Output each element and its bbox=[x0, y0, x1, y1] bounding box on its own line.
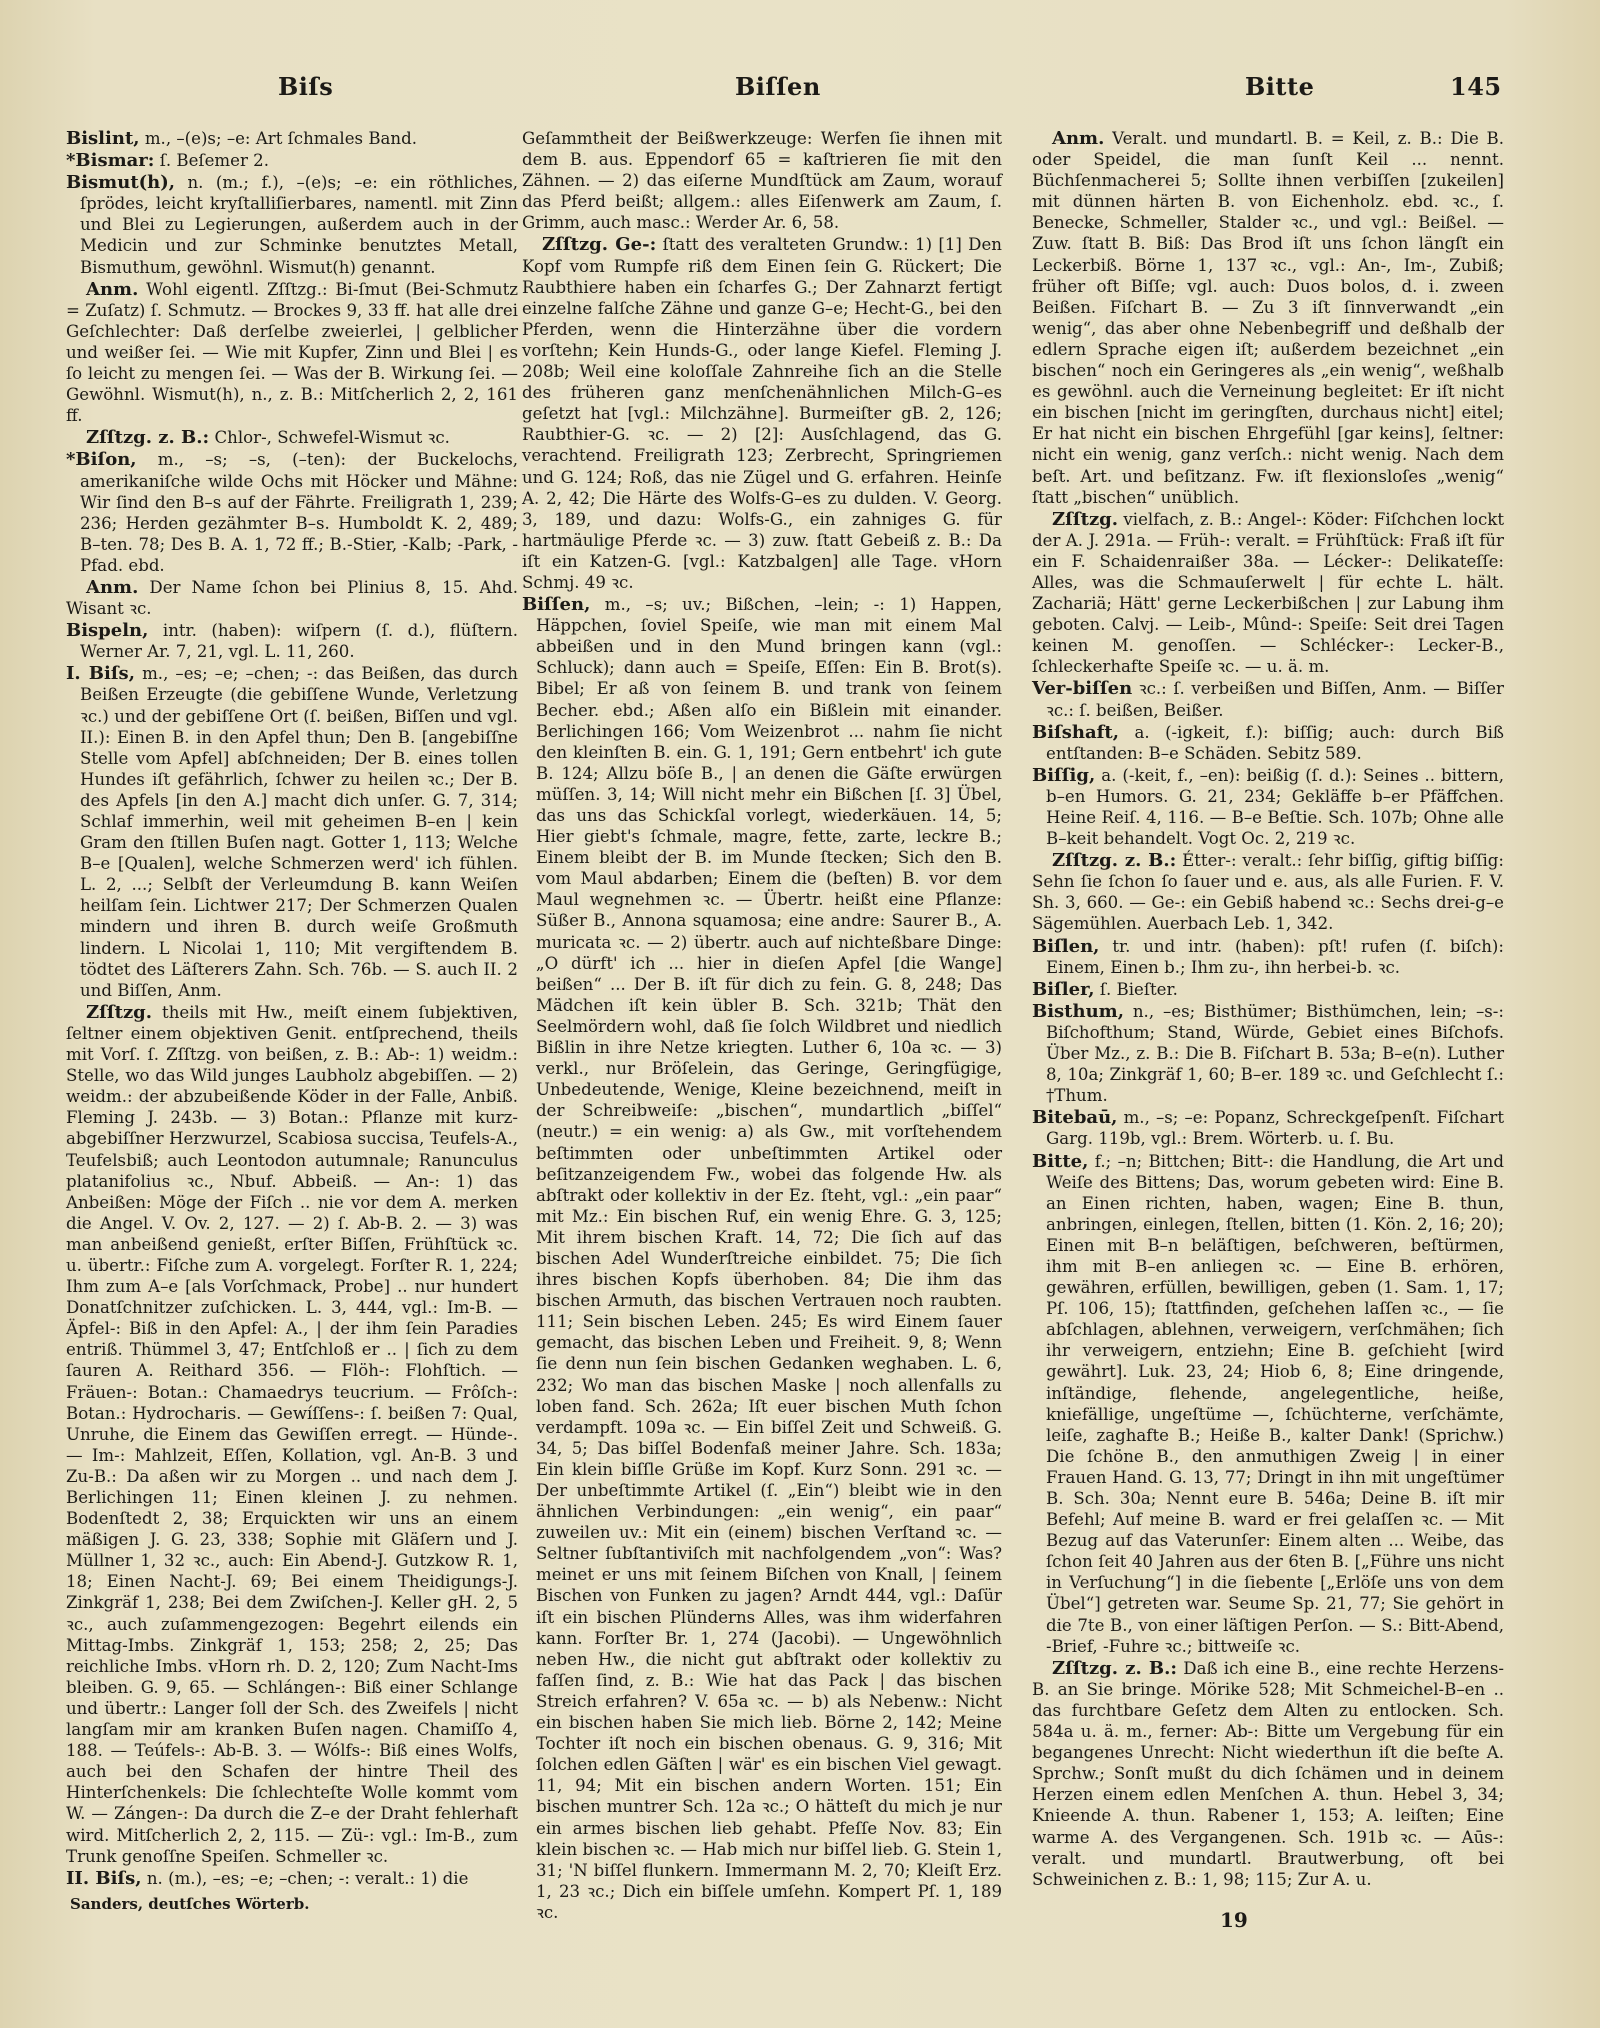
entry-definition: a. (-keit, f., –en): beißig (ſ. d.): Sei… bbox=[1046, 766, 1504, 848]
entry-headword: Biſlen, bbox=[1032, 936, 1099, 957]
entry-headword: *Biſon, bbox=[66, 449, 137, 470]
text-column-right: Anm. Veralt. und mundartl. B. = Keil, z.… bbox=[1032, 128, 1504, 1891]
dictionary-entry: Biſshaft, a. (-igkeit, f.): biſſig; auch… bbox=[1032, 722, 1504, 764]
dictionary-entry: Anm. Veralt. und mundartl. B. = Keil, z.… bbox=[1032, 128, 1504, 508]
dictionary-entry: Biſſen, m., –s; uv.; Bißchen, –lein; -: … bbox=[522, 594, 1002, 1923]
dictionary-entry: *Bismar: ſ. Beſemer 2. bbox=[66, 150, 518, 171]
dictionary-entry: Zſſtzg. z. B.: Chlor-, Schwefel-Wismut ꝛ… bbox=[66, 427, 518, 448]
entry-headword: Bisthum, bbox=[1032, 1001, 1124, 1022]
dictionary-entry: Biſler, ſ. Bieſter. bbox=[1032, 979, 1504, 1000]
entry-headword: Biſshaft, bbox=[1032, 722, 1119, 743]
dictionary-entry: Zſſtzg. z. B.: Daß ich eine B., eine rec… bbox=[1032, 1658, 1504, 1890]
entry-headword: Anm. bbox=[1052, 128, 1104, 149]
entry-headword: Anm. bbox=[86, 279, 138, 300]
entry-definition: m., –es; –e; –chen; -: das Beißen, das d… bbox=[80, 664, 518, 999]
entry-definition: m., –(e)s; –e: Art ſchmales Band. bbox=[145, 129, 417, 148]
entry-headword: Anm. bbox=[86, 577, 138, 598]
dictionary-entry: Bispeln, intr. (haben): wiſpern (ſ. d.),… bbox=[66, 620, 518, 662]
dictionary-entry: Bislint, m., –(e)s; –e: Art ſchmales Ban… bbox=[66, 128, 518, 149]
dictionary-entry: Anm. Der Name ſchon bei Plinius 8, 15. A… bbox=[66, 577, 518, 619]
dictionary-entry: Ver-biſſen ꝛc.: ſ. verbeißen und Biſſen,… bbox=[1032, 678, 1504, 720]
dictionary-entry: Zſſtzg. z. B.: Étter-: veralt.: ſehr biſ… bbox=[1032, 850, 1504, 934]
entry-headword: Biſler, bbox=[1032, 979, 1095, 1000]
dictionary-entry: Bitte, f.; –n; Bittchen; Bitt-: die Hand… bbox=[1032, 1151, 1504, 1657]
dictionary-entry: II. Biſs, n. (m.), –es; –e; –chen; -: ve… bbox=[66, 1868, 518, 1889]
entry-headword: Zſſtzg. z. B.: bbox=[1052, 1658, 1177, 1679]
header-keyword-center: Biſſen bbox=[735, 72, 821, 101]
entry-headword: Biſſig, bbox=[1032, 765, 1095, 786]
entry-headword: Bitte, bbox=[1032, 1151, 1088, 1172]
entry-headword: Zſſtzg. z. B.: bbox=[1052, 850, 1176, 871]
page-number: 145 bbox=[1450, 72, 1502, 101]
dictionary-entry: I. Biſs, m., –es; –e; –chen; -: das Beiß… bbox=[66, 663, 518, 1001]
entry-definition: f.; –n; Bittchen; Bitt-: die Handlung, d… bbox=[1046, 1152, 1504, 1656]
printer-signature: 19 bbox=[1220, 1908, 1248, 1932]
entry-headword: II. Biſs, bbox=[66, 1868, 142, 1889]
dictionary-entry: *Biſon, m., –s; –s, (–ten): der Buckeloc… bbox=[66, 449, 518, 576]
entry-headword: Zſſtzg. z. B.: bbox=[86, 427, 209, 448]
header-keyword-left: Biſs bbox=[278, 72, 333, 101]
entry-definition: tr. und intr. (haben): pſt! rufen (ſ. bi… bbox=[1046, 937, 1504, 977]
entry-definition: Daß ich eine B., eine rechte Herzens-B. … bbox=[1032, 1659, 1504, 1889]
entry-definition: m., –s; uv.; Bißchen, –lein; -: 1) Happe… bbox=[536, 595, 1002, 1922]
entry-definition: ſtatt des veralteten Grundw.: 1) [1] Den… bbox=[522, 235, 1002, 592]
entry-definition: vielfach, z. B.: Angel-: Köder: Fiſchche… bbox=[1032, 510, 1504, 677]
dictionary-entry: Zſſtzg. vielfach, z. B.: Angel-: Köder: … bbox=[1032, 509, 1504, 678]
entry-definition: theils mit Hw., meiſt einem ſubjektiven,… bbox=[66, 1003, 518, 1866]
entry-definition: m., –s; –s, (–ten): der Buckelochs, amer… bbox=[80, 450, 518, 574]
text-column-center: Geſammtheit der Beißwerkzeuge: Werfen ſi… bbox=[522, 128, 1002, 1924]
entry-definition: ſ. Beſemer 2. bbox=[160, 151, 269, 170]
dictionary-entry: Zſſtzg. Ge-: ſtatt des veralteten Grundw… bbox=[522, 234, 1002, 593]
entry-headword: Bitebaū, bbox=[1032, 1107, 1117, 1128]
dictionary-entry: Bitebaū, m., –s; –e: Popanz, Schreckgeſp… bbox=[1032, 1107, 1504, 1149]
entry-headword: Bispeln, bbox=[66, 620, 148, 641]
entry-definition: Chlor-, Schwefel-Wismut ꝛc. bbox=[214, 428, 450, 447]
entry-headword: Zſſtzg. bbox=[1052, 509, 1118, 530]
publisher-footer: Sanders, deutſches Wörterb. bbox=[70, 1895, 309, 1913]
dictionary-entry: Bismut(h), n. (m.; f.), –(e)s; –e: ein r… bbox=[66, 172, 518, 277]
entry-definition: n. (m.), –es; –e; –chen; -: veralt.: 1) … bbox=[147, 1869, 469, 1888]
entry-headword: Bismut(h), bbox=[66, 172, 175, 193]
entry-headword: Zſſtzg. bbox=[86, 1002, 152, 1023]
entry-definition: Veralt. und mundartl. B. = Keil, z. B.: … bbox=[1032, 129, 1504, 507]
text-column-left: Bislint, m., –(e)s; –e: Art ſchmales Ban… bbox=[66, 128, 518, 1890]
entry-definition: Geſammtheit der Beißwerkzeuge: Werfen ſi… bbox=[522, 129, 1002, 232]
entry-definition: Wohl eigentl. Zſſtzg.: Bi-ſmut (Bei-Schm… bbox=[66, 280, 518, 426]
dictionary-entry: Geſammtheit der Beißwerkzeuge: Werfen ſi… bbox=[522, 128, 1002, 233]
entry-headword: *Bismar: bbox=[66, 150, 154, 171]
dictionary-entry: Anm. Wohl eigentl. Zſſtzg.: Bi-ſmut (Bei… bbox=[66, 279, 518, 427]
header-keyword-right: Bitte bbox=[1245, 72, 1314, 101]
entry-headword: Biſſen, bbox=[522, 594, 590, 615]
dictionary-page: Biſs Biſſen Bitte 145 Bislint, m., –(e)s… bbox=[0, 0, 1600, 2028]
entry-headword: I. Biſs, bbox=[66, 663, 135, 684]
entry-definition: ſ. Bieſter. bbox=[1100, 980, 1178, 999]
entry-headword: Zſſtzg. Ge-: bbox=[542, 234, 656, 255]
entry-headword: Ver-biſſen bbox=[1032, 678, 1132, 699]
dictionary-entry: Biſſig, a. (-keit, f., –en): beißig (ſ. … bbox=[1032, 765, 1504, 849]
dictionary-entry: Biſlen, tr. und intr. (haben): pſt! rufe… bbox=[1032, 936, 1504, 978]
running-header: Biſs Biſſen Bitte 145 bbox=[0, 72, 1600, 122]
dictionary-entry: Zſſtzg. theils mit Hw., meiſt einem ſubj… bbox=[66, 1002, 518, 1867]
dictionary-entry: Bisthum, n., –es; Bisthümer; Bisthümchen… bbox=[1032, 1001, 1504, 1106]
entry-headword: Bislint, bbox=[66, 128, 140, 149]
